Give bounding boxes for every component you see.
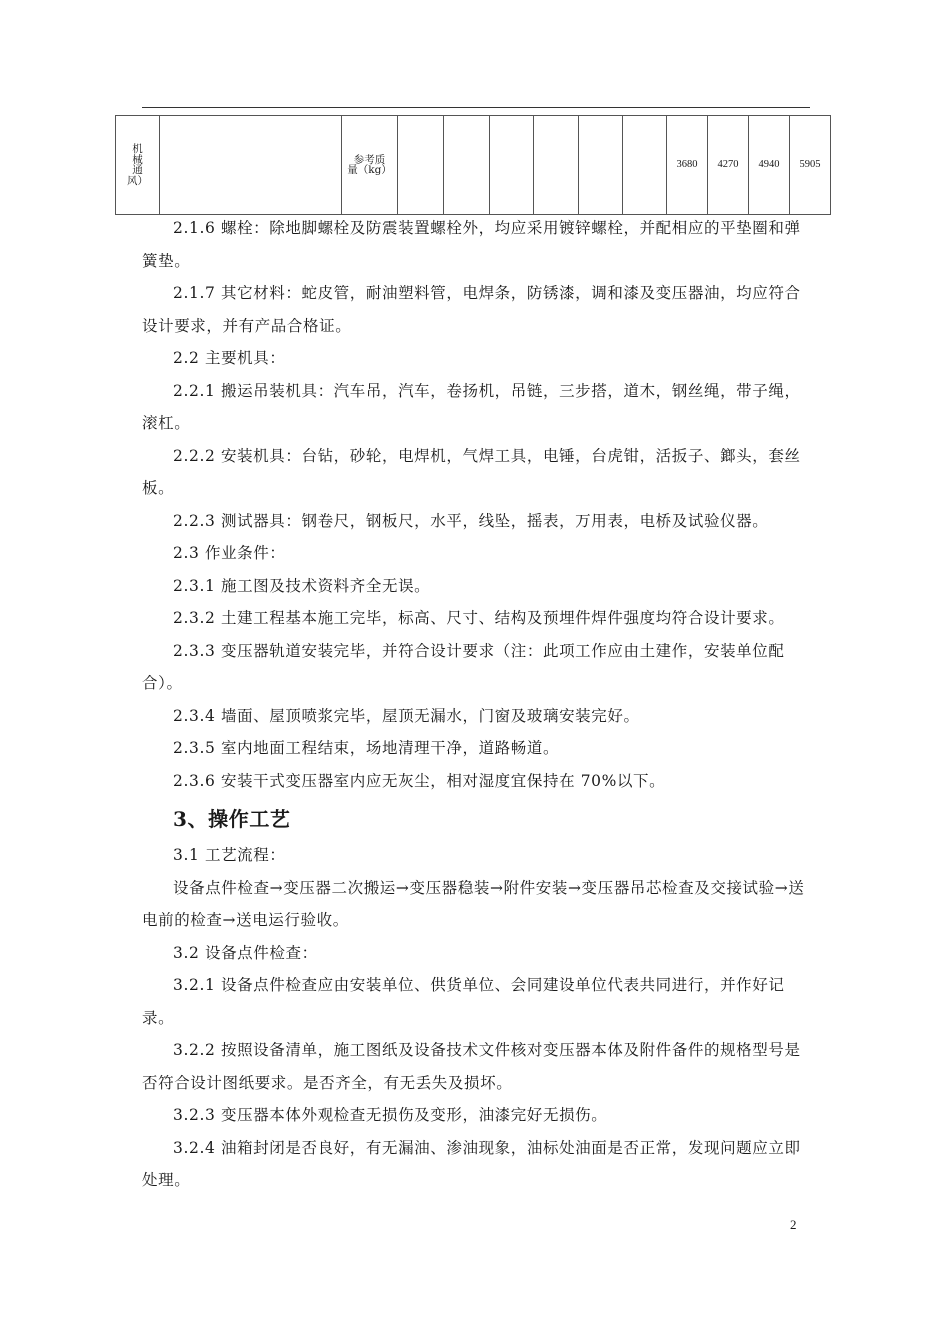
page-header-rule [142, 107, 810, 108]
empty-cell [444, 116, 490, 215]
paragraph-3-2-2: 3.2.2 按照设备清单，施工图纸及设备技术文件核对变压器本体及附件备件的规格型… [142, 1034, 812, 1099]
paragraph-3-2-1: 3.2.1 设备点件检查应由安装单位、供货单位、会同建设单位代表共同进行，并作好… [142, 969, 812, 1034]
empty-cell [579, 116, 623, 215]
paragraph-2-3-6: 2.3.6 安装干式变压器室内应无灰尘，相对湿度宜保持在 70%以下。 [142, 765, 812, 798]
paragraph-2-3-4: 2.3.4 墙面、屋顶喷浆完毕，屋顶无漏水，门窗及玻璃安装完好。 [142, 700, 812, 733]
paragraph-2-3-2: 2.3.2 土建工程基本施工完毕，标高、尺寸、结构及预埋件焊件强度均符合设计要求… [142, 602, 812, 635]
mass-value-cell: 5905 [790, 116, 831, 215]
ref-mass-label-cell: 参考质 量（kg） [342, 116, 398, 215]
mass-value-cell: 3680 [667, 116, 708, 215]
paragraph-2-1-7: 2.1.7 其它材料：蛇皮管，耐油塑料管，电焊条，防锈漆，调和漆及变压器油，均应… [142, 277, 812, 342]
mass-value-cell: 4940 [749, 116, 790, 215]
paragraph-3-2: 3.2 设备点件检查： [142, 937, 812, 970]
paragraph-2-3: 2.3 作业条件： [142, 537, 812, 570]
empty-cell [623, 116, 667, 215]
paragraph-2-2-3: 2.2.3 测试器具：钢卷尺，钢板尺，水平，线坠，摇表，万用表，电桥及试验仪器。 [142, 505, 812, 538]
spec-table: 机 械 通 风） 参考质 量（kg） 3680 4270 4940 5905 [115, 115, 831, 215]
paragraph-3-2-3: 3.2.3 变压器本体外观检查无损伤及变形，油漆完好无损伤。 [142, 1099, 812, 1132]
paragraph-2-3-3: 2.3.3 变压器轨道安装完毕，并符合设计要求（注：此项工作应由土建作，安装单位… [142, 635, 812, 700]
empty-cell [160, 116, 342, 215]
paragraph-2-2: 2.2 主要机具： [142, 342, 812, 375]
document-body: 2.1.6 螺栓：除地脚螺栓及防震装置螺栓外，均应采用镀锌螺栓，并配相应的平垫圈… [142, 212, 812, 1197]
paragraph-3-2-4: 3.2.4 油箱封闭是否良好，有无漏油、渗油现象，油标处油面是否正常，发现问题应… [142, 1132, 812, 1197]
row-label-cell: 机 械 通 风） [116, 116, 160, 215]
paragraph-2-2-2: 2.2.2 安装机具：台钻，砂轮，电焊机，气焊工具，电锤，台虎钳，活扳子、鎯头，… [142, 440, 812, 505]
empty-cell [490, 116, 534, 215]
paragraph-2-1-6: 2.1.6 螺栓：除地脚螺栓及防震装置螺栓外，均应采用镀锌螺栓，并配相应的平垫圈… [142, 212, 812, 277]
section-heading-3: 3、操作工艺 [142, 797, 812, 839]
page-number: 2 [790, 1217, 797, 1233]
row-label-char: 通 [116, 165, 159, 176]
empty-cell [534, 116, 579, 215]
paragraph-3-1: 3.1 工艺流程： [142, 839, 812, 872]
ref-mass-label-line2: 量（kg） [342, 165, 397, 176]
row-label-char: 风） [116, 176, 159, 187]
paragraph-3-1-flow: 设备点件检查→变压器二次搬运→变压器稳装→附件安装→变压器吊芯检查及交接试验→送… [142, 872, 812, 937]
paragraph-2-2-1: 2.2.1 搬运吊装机具：汽车吊，汽车，卷扬机，吊链，三步搭，道木，钢丝绳，带子… [142, 375, 812, 440]
mass-value-cell: 4270 [708, 116, 749, 215]
paragraph-2-3-5: 2.3.5 室内地面工程结束，场地清理干净，道路畅道。 [142, 732, 812, 765]
empty-cell [398, 116, 444, 215]
table-row: 机 械 通 风） 参考质 量（kg） 3680 4270 4940 5905 [116, 116, 831, 215]
row-label-char: 机 [116, 144, 159, 155]
paragraph-2-3-1: 2.3.1 施工图及技术资料齐全无误。 [142, 570, 812, 603]
